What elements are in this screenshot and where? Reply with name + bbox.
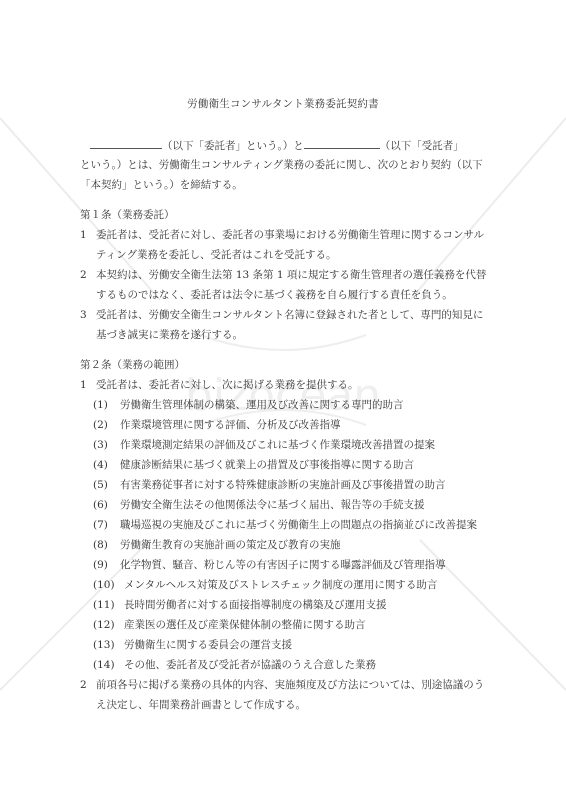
item-8-text: 労働衛生教育の実施計画の策定及び教育の実施 (120, 538, 341, 552)
consignee-name-blank[interactable] (304, 138, 380, 149)
item-2-text: 作業環境管理に関する評価、分析及び改善指導 (120, 418, 341, 432)
article-1-para-2-line-2: するものではなく、委託者は法令に基づく義務を自ら履行する責任を負う。 (96, 288, 453, 302)
item-1-num: (1) (93, 398, 108, 412)
item-9-text: 化学物質、騒音、粉じん等の有害因子に関する曝露評価及び管理指導 (120, 558, 446, 572)
article-2-para-1-line-1: 受託者は、委託者に対し、次に掲げる業務を提供する。 (96, 378, 359, 392)
article-1-para-1-line-2: ティング業務を委託し、受託者はこれを受託する。 (96, 248, 336, 262)
item-6-num: (6) (93, 498, 108, 512)
item-13-text: 労働衛生に関する委員会の運営支援 (124, 638, 292, 652)
item-9-num: (9) (93, 558, 108, 572)
item-3-num: (3) (93, 438, 108, 452)
item-6-text: 労働安全衛生法その他関係法令に基づく届出、報告等の手続支援 (120, 498, 425, 512)
item-3-text: 作業環境測定結果の評価及びこれに基づく作業環境改善措置の提案 (120, 438, 435, 452)
item-2-num: (2) (93, 418, 108, 432)
item-4-num: (4) (93, 458, 108, 472)
item-14-text: その他、委託者及び受託者が協議のうえ合意した業務 (124, 658, 376, 672)
article-2-heading: 第２条（業務の範囲） (80, 358, 185, 372)
preamble-text: （以下「受託者」 (380, 140, 464, 152)
article-1-para-3-line-2: 基づき誠実に業務を遂行する。 (96, 328, 243, 342)
preamble-line-3: 「本契約」という。）を締結する。 (80, 178, 243, 192)
article-2-para-2-num: 2 (80, 678, 87, 692)
consignor-name-blank[interactable] (90, 138, 162, 149)
article-2-para-2-line-1: 前項各号に掲げる業務の具体的内容、実施頻度及び方法については、別途協議のう (96, 678, 484, 692)
item-12-text: 産業医の選任及び産業保健体制の整備に関する助言 (124, 618, 366, 632)
preamble-line-1: （以下「委託者」という。）と（以下「受託者」 (90, 138, 464, 153)
article-1-heading: 第１条（業務委託） (80, 208, 175, 222)
preamble-text: （以下「委託者」という。）と (162, 140, 304, 152)
article-1-para-2-line-1: 本契約は、労働安全衛生法第 13 条第 1 項に規定する衛生管理者の選任義務を代… (96, 268, 486, 282)
article-2-para-2-line-2: え決定し、年間業務計画書として作成する。 (96, 698, 306, 712)
item-12-num: (12) (93, 618, 115, 632)
item-5-text: 有害業務従事者に対する特殊健康診断の実施計画及び事後措置の助言 (120, 478, 446, 492)
item-13-num: (13) (93, 638, 115, 652)
item-1-text: 労働衛生管理体制の構築、運用及び改善に関する専門的助言 (120, 398, 404, 412)
article-1-para-1-line-1: 委託者は、受託者に対し、委託者の事業場における労働衛生管理に関するコンサル (96, 228, 484, 242)
item-5-num: (5) (93, 478, 108, 492)
article-1-para-3-line-1: 受託者は、労働安全衛生コンサルタント名簿に登録された者として、専門的知見に (96, 308, 483, 322)
article-2-para-1-num: 1 (80, 378, 87, 392)
article-1-para-2-num: 2 (80, 268, 87, 282)
item-11-text: 長時間労働者に対する面接指導制度の構築及び運用支援 (124, 598, 387, 612)
item-14-num: (14) (93, 658, 115, 672)
preamble-line-2: という。）とは、労働衛生コンサルティング業務の委託に関し、次のとおり契約（以下 (80, 158, 483, 172)
item-10-text: メンタルヘルス対策及びストレスチェック制度の運用に関する助言 (124, 578, 437, 592)
item-4-text: 健康診断結果に基づく就業上の措置及び事後指導に関する助言 (120, 458, 414, 472)
item-11-num: (11) (93, 598, 115, 612)
document-title: 労働衛生コンサルタント業務委託契約書 (0, 96, 566, 111)
article-1-para-1-num: 1 (80, 228, 87, 242)
document-page: 労働衛生コンサルタント業務委託契約書 （以下「委託者」という。）と（以下「受託者… (0, 0, 566, 800)
item-7-text: 職場巡視の実施及びこれに基づく労働衛生上の問題点の指摘並びに改善提案 (120, 518, 477, 532)
article-1-para-3-num: 3 (80, 308, 87, 322)
item-10-num: (10) (93, 578, 115, 592)
item-8-num: (8) (93, 538, 108, 552)
item-7-num: (7) (93, 518, 108, 532)
